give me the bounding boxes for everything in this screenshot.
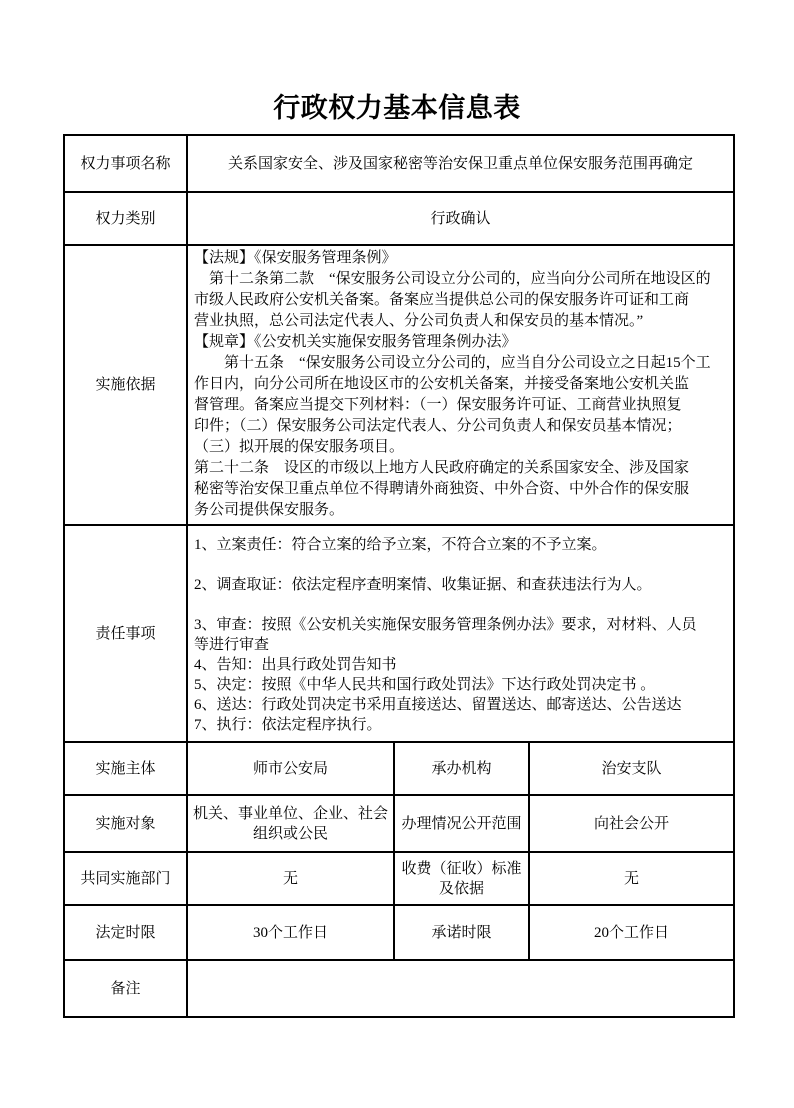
basis-paragraph: 第十二条第二款 “保安服务公司设立分公司的，应当向分公司所在地设区的 市级人民政… <box>194 269 727 332</box>
legal-limit-label: 法定时限 <box>64 905 187 960</box>
duty-items-content: 1、立案责任：符合立案的给予立案，不符合立案的不予立案。 2、调查取证：依法定程… <box>187 525 734 742</box>
basis-paragraph: 【规章】《公安机关实施保安服务管理条例办法》 <box>194 332 727 353</box>
info-table: 权力事项名称 关系国家安全、涉及国家秘密等治安保卫重点单位保安服务范围再确定 权… <box>63 134 735 1018</box>
basis-paragraph: 第十五条 “保安服务公司设立分公司的，应当自分公司设立之日起15个工 作日内，向… <box>194 353 727 458</box>
joint-dept-value: 无 <box>187 852 394 905</box>
impl-basis-content: 【法规】《保安服务管理条例》 第十二条第二款 “保安服务公司设立分公司的，应当向… <box>187 245 734 525</box>
row-duty-items: 责任事项 1、立案责任：符合立案的给予立案，不符合立案的不予立案。 2、调查取证… <box>64 525 734 742</box>
row-joint-dept: 共同实施部门 无 收费（征收）标准及依据 无 <box>64 852 734 905</box>
remarks-value <box>187 960 734 1017</box>
power-type-label: 权力类别 <box>64 192 187 245</box>
fee-standard-value: 无 <box>529 852 734 905</box>
item-name-value: 关系国家安全、涉及国家秘密等治安保卫重点单位保安服务范围再确定 <box>187 135 734 192</box>
joint-dept-label: 共同实施部门 <box>64 852 187 905</box>
item-name-label: 权力事项名称 <box>64 135 187 192</box>
row-impl-target: 实施对象 机关、事业单位、企业、社会组织或公民 办理情况公开范围 向社会公开 <box>64 795 734 852</box>
duty-item: 5、决定：按照《中华人民共和国行政处罚法》下达行政处罚决定书 。 <box>194 675 727 695</box>
remarks-label: 备注 <box>64 960 187 1017</box>
impl-target-value: 机关、事业单位、企业、社会组织或公民 <box>187 795 394 852</box>
duty-item: 7、执行：依法定程序执行。 <box>194 715 727 735</box>
row-impl-basis: 实施依据 【法规】《保安服务管理条例》 第十二条第二款 “保安服务公司设立分公司… <box>64 245 734 525</box>
handling-org-label: 承办机构 <box>394 742 529 795</box>
impl-target-label: 实施对象 <box>64 795 187 852</box>
public-scope-value: 向社会公开 <box>529 795 734 852</box>
basis-paragraph: 第二十二条 设区的市级以上地方人民政府确定的关系国家安全、涉及国家 秘密等治安保… <box>194 458 727 521</box>
row-item-name: 权力事项名称 关系国家安全、涉及国家秘密等治安保卫重点单位保安服务范围再确定 <box>64 135 734 192</box>
promise-limit-value: 20个工作日 <box>529 905 734 960</box>
duty-item: 6、送达：行政处罚决定书采用直接送达、留置送达、邮寄送达、公告送达 <box>194 695 727 715</box>
power-type-value: 行政确认 <box>187 192 734 245</box>
duty-item: 4、告知：出具行政处罚告知书 <box>194 655 727 675</box>
handling-org-value: 治安支队 <box>529 742 734 795</box>
duty-item: 3、审查：按照《公安机关实施保安服务管理条例办法》要求，对材料、人员 等进行审查 <box>194 615 727 655</box>
promise-limit-label: 承诺时限 <box>394 905 529 960</box>
impl-subject-value: 师市公安局 <box>187 742 394 795</box>
document-page: 行政权力基本信息表 权力事项名称 关系国家安全、涉及国家秘密等治安保卫重点单位保… <box>0 0 794 1108</box>
fee-standard-label: 收费（征收）标准及依据 <box>394 852 529 905</box>
duty-item: 2、调查取证：依法定程序查明案情、收集证据、和查获违法行为人。 <box>194 575 727 595</box>
row-legal-limit: 法定时限 30个工作日 承诺时限 20个工作日 <box>64 905 734 960</box>
row-power-type: 权力类别 行政确认 <box>64 192 734 245</box>
row-impl-subject: 实施主体 师市公安局 承办机构 治安支队 <box>64 742 734 795</box>
impl-subject-label: 实施主体 <box>64 742 187 795</box>
page-title: 行政权力基本信息表 <box>0 0 794 126</box>
legal-limit-value: 30个工作日 <box>187 905 394 960</box>
duty-items-label: 责任事项 <box>64 525 187 742</box>
row-remarks: 备注 <box>64 960 734 1017</box>
public-scope-label: 办理情况公开范围 <box>394 795 529 852</box>
duty-item: 1、立案责任：符合立案的给予立案，不符合立案的不予立案。 <box>194 535 727 555</box>
basis-paragraph: 【法规】《保安服务管理条例》 <box>194 248 727 269</box>
impl-basis-label: 实施依据 <box>64 245 187 525</box>
